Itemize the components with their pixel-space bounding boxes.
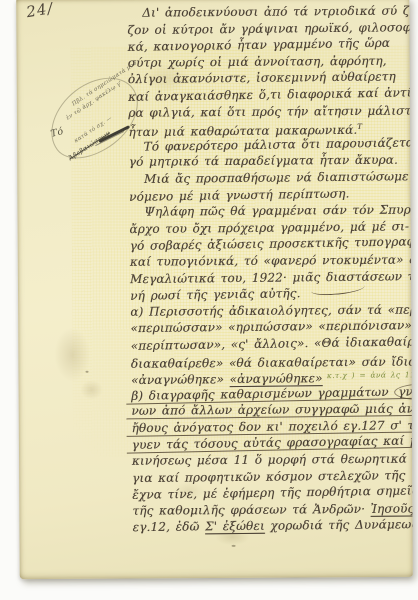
handwritten-text: κινήσεως μέσα 11 ὅ μορφή στά θεωρητικά μ… xyxy=(132,451,413,467)
handwritten-text: νή ρωσί τῆς γενιᾶς αὐτῆς. xyxy=(130,286,306,303)
handwritten-text: καί τυπογιόνικά, τό «φανερό ντοκυμέντα» … xyxy=(130,252,413,268)
handwritten-text: εγ.12, ἐδῶ xyxy=(133,520,206,535)
handwritten-text: ρα φιλγιά, καί ὅτι πρός τήν αἴτησιν μάλι… xyxy=(128,103,413,119)
manuscript-text: Δι' ἀποδεικνύουσι ἀπό τά ντριοδικά σύ ζά… xyxy=(127,2,413,536)
handwritten-text: «περίπτωσαν», «ς' ἄλλοις». «Θά ἰδιακαθαί… xyxy=(131,333,413,352)
ink-speck xyxy=(86,371,89,373)
handwritten-text: Μεγαλιώτικά του, 1922· μιᾶς διαστάσεων τ… xyxy=(130,268,413,285)
handwritten-text: Ψηλάφη πῶς θά γραμμέναι σάν τόν Σπυριανό xyxy=(144,202,413,218)
page-number: 24/ xyxy=(25,0,55,21)
handwritten-text: ἔχνα τίνε, μέ ἐφήμερη τῆς πορθήτρια σημε… xyxy=(132,484,413,503)
handwritten-text: γνωστοί xyxy=(394,382,413,400)
handwritten-text: Σ' ἐξώθει xyxy=(205,519,265,534)
paper-stain xyxy=(77,377,107,403)
handwritten-text: Δι' ἀποδεικνύουσι ἀπό τά ντριοδικά σύ ζά… xyxy=(142,3,413,19)
handwritten-text: γυεν τάς τόσους αὐτάς φρασογραφίας καί μ… xyxy=(132,433,413,452)
handwritten-text: καί ἀναγκαιάσθηκε ὅ,τι διαφορικά καί ἀντ… xyxy=(128,85,413,104)
manuscript-line: εγ.12, ἐδῶ Σ' ἐξώθει χορωδιά τῆς Δυνάμεω… xyxy=(133,517,413,537)
handwritten-text: Τ xyxy=(357,123,362,131)
handwritten-text: σύτρι χωρίς οἱ μιά ἀννοίταση, ἀφρόητη, xyxy=(128,54,387,70)
handwritten-text: για καί προφητικῶν κόσμον στελεχῶν τῆς xyxy=(132,468,405,485)
handwritten-text: «ἀναγνώθηκε» xyxy=(131,372,230,387)
scanned-page: 24/ Πβλ. τά σημειώματά μουἐν τῷ ἀρχ. φακ… xyxy=(0,0,418,600)
handwritten-text: γό μητρικό τά παραδείγματα ἦταν ἄκυρα. xyxy=(129,153,398,169)
green-ink-annotation: κ.τ.χ ) = ἀνά λς 11ο xyxy=(322,370,412,380)
handwritten-text: β) διαγραφῆς καθαρισμένων γραμμάτων xyxy=(131,384,394,402)
handwritten-text: νόμενο μέ μιά γνωστή περίπτωση. xyxy=(129,186,349,203)
handwritten-text: «περιπώσσαν» «ηριπώσσαν» «περιπόνισαν» xyxy=(130,318,412,335)
handwritten-text: Μιά ἄς προσπαθήσωμε νά διαπιστώσωμε τό φ… xyxy=(144,169,413,186)
handwritten-text: τῆς καθομιλῆς φράσεων τά Ἀνδρῶν· xyxy=(132,502,370,518)
flourish-underline xyxy=(311,285,365,296)
manuscript-paper: 24/ Πβλ. τά σημειώματά μουἐν τῷ ἀρχ. φακ… xyxy=(16,0,413,579)
handwritten-text: α) Περισσοτής ἀδικαιολόγητες, σάν τά «πε… xyxy=(130,302,413,319)
handwritten-text: κά, καινογορικό ἦταν γραμμένο τῆς ὥρα xyxy=(127,36,390,54)
handwritten-text: γό σοβαρές ἀξιώσεις προσεκτικῆς τυπογραφ… xyxy=(130,234,413,253)
handwritten-text: «ἀναγνώθηκε» xyxy=(229,371,322,386)
handwritten-text: ὀλίγοι ἀκανόνιστε, ἰσοκεμιννή αὐθαίρετη xyxy=(128,70,396,87)
ink-speck xyxy=(232,545,236,547)
handwritten-text: Τό φανερότερο μάλιστα ὅτι παρουσιάζεται … xyxy=(143,135,412,154)
handwritten-text: Ἰησοῦς xyxy=(371,501,413,515)
handwritten-text: νων ἀπό ἄλλων ἀρχείων συγγραφῶ μιάς ἀνάγ… xyxy=(131,402,412,418)
handwritten-text: χορωδιά τῆς Δυνάμεως xyxy=(265,518,413,534)
